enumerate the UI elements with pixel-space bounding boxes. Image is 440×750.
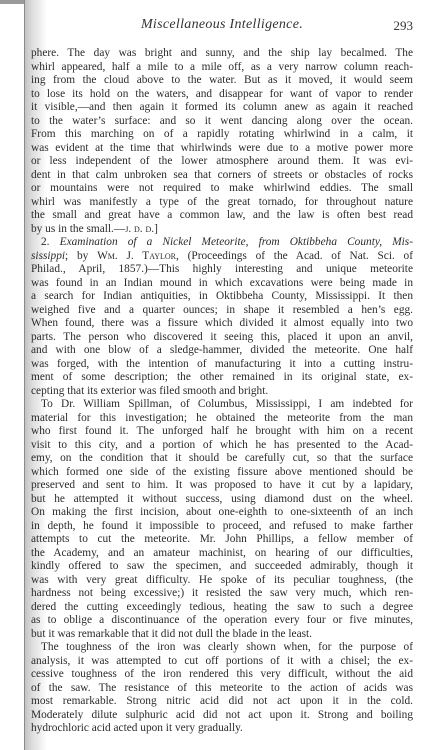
- text-line: or less independent of the lower atmosph…: [31, 155, 413, 169]
- section-heading-line: 2. Examination of a Nickel Meteorite, fr…: [31, 236, 413, 250]
- text-line: was forged, with the intention of manufa…: [31, 358, 413, 372]
- text-line: to lose its hold on the waters, and disa…: [31, 88, 413, 102]
- signoff-initials: j. d. d.: [125, 223, 154, 235]
- body-text: phere. The day was bright and sunny, and…: [31, 47, 413, 736]
- text-line: whirl was manifestly a type of the great…: [31, 196, 413, 210]
- text-line: Moderately dilute sulphuric acid did not…: [31, 709, 413, 723]
- text-line: was found in an Indian mound in which ex…: [31, 277, 413, 291]
- by-text: ; by: [65, 250, 97, 262]
- text-line: dered the cutting exceedingly tedious, h…: [31, 601, 413, 615]
- text-line: a search for Indian antiquities, in Okti…: [31, 290, 413, 304]
- text-line: most remarkable. Strong nitric acid did …: [31, 695, 413, 709]
- text-line: which formed one side of the existing fi…: [31, 466, 413, 480]
- running-head: Miscellaneous Intelligence. 293: [31, 17, 413, 35]
- text-line: whirl appeared, half a mile to a mile of…: [31, 61, 413, 75]
- text-line: cessive toughness of the iron rendered t…: [31, 668, 413, 682]
- text-line: material for this investigation; he obta…: [31, 412, 413, 426]
- text-line: cepting that its exterior was filed smoo…: [31, 385, 413, 399]
- text-line: phere. The day was bright and sunny, and…: [31, 47, 413, 61]
- text-line: Philad., April, 1857.)—This highly inter…: [31, 263, 413, 277]
- signoff-line: by us in the small.—j. d. d.]: [31, 223, 413, 237]
- scan-edge: [0, 0, 24, 4]
- text-line: the small and great have a common law, a…: [31, 209, 413, 223]
- text-line: hardness not being excessive;) it resist…: [31, 587, 413, 601]
- text-line: who first found it. The unforged half he…: [31, 425, 413, 439]
- text-line: From this marching on of a rapidly rotat…: [31, 128, 413, 142]
- book-page: Miscellaneous Intelligence. 293 phere. T…: [31, 0, 413, 750]
- page-number: 293: [394, 18, 414, 34]
- text-line: was evident at the time that whirlwinds …: [31, 142, 413, 156]
- text-line: The toughness of the iron was clearly sh…: [31, 641, 413, 655]
- text-line: hydrochloric acid acted upon it very gra…: [31, 722, 413, 736]
- text-line: but he attempted it without success, usi…: [31, 493, 413, 507]
- section-title-cont: sissippi: [31, 250, 65, 262]
- section-number: 2.: [41, 236, 50, 248]
- running-title: Miscellaneous Intelligence.: [31, 17, 413, 33]
- citation-text: , (Proceedings of the Acad. of Nat. Sci.…: [176, 250, 413, 262]
- text-line: visit to this city, and a portion of whi…: [31, 439, 413, 453]
- text-line: attempts to cut the meteorite. Mr. John …: [31, 533, 413, 547]
- text-line: to the water’s surface: and so it went d…: [31, 115, 413, 129]
- text-line: emy, on the condition that it should be …: [31, 452, 413, 466]
- text-line: was with very great difficulty. He spoke…: [31, 574, 413, 588]
- text-line: as to oblige a discontinuance of the ope…: [31, 614, 413, 628]
- signoff-bracket: ]: [154, 223, 158, 235]
- text-line: analysis, it was attempted to cut off po…: [31, 655, 413, 669]
- text-line: of the saw. The resistance of this meteo…: [31, 682, 413, 696]
- text-line: To Dr. William Spillman, of Columbus, Mi…: [31, 398, 413, 412]
- text-line: and with one blow of a sledge-hammer, di…: [31, 344, 413, 358]
- text-line: weighed five and a quarter ounces; in sh…: [31, 304, 413, 318]
- text-line: On making the first incision, about one-…: [31, 506, 413, 520]
- text-line: ment of some description; the other rema…: [31, 371, 413, 385]
- author-name: Wm. J. Taylor: [97, 250, 176, 262]
- text-line: it visible,—and then again it formed its…: [31, 101, 413, 115]
- text-line: but it was remarkable that it did not du…: [31, 628, 413, 642]
- text-line: When found, there was a fissure which di…: [31, 317, 413, 331]
- text-line: ing from the cloud above to the water. B…: [31, 74, 413, 88]
- text-line: parts. The person who discovered it seei…: [31, 331, 413, 345]
- section-heading-line-2: sissippi; by Wm. J. Taylor, (Proceedings…: [31, 250, 413, 264]
- text-line: preserved and sent to him. It was propos…: [31, 479, 413, 493]
- scan-left-margin: [0, 0, 25, 750]
- signoff-text: by us in the small.—: [31, 223, 125, 235]
- text-line: in depth, he found it impossible to proc…: [31, 520, 413, 534]
- text-line: the Academy, and an amateur machinist, o…: [31, 547, 413, 561]
- text-line: dent in that calm unbroken sea that corn…: [31, 169, 413, 183]
- text-line: or mountains were not required to make w…: [31, 182, 413, 196]
- text-line: kindly offered to saw the specimen, and …: [31, 560, 413, 574]
- section-title: Examination of a Nickel Meteorite, from …: [60, 236, 413, 248]
